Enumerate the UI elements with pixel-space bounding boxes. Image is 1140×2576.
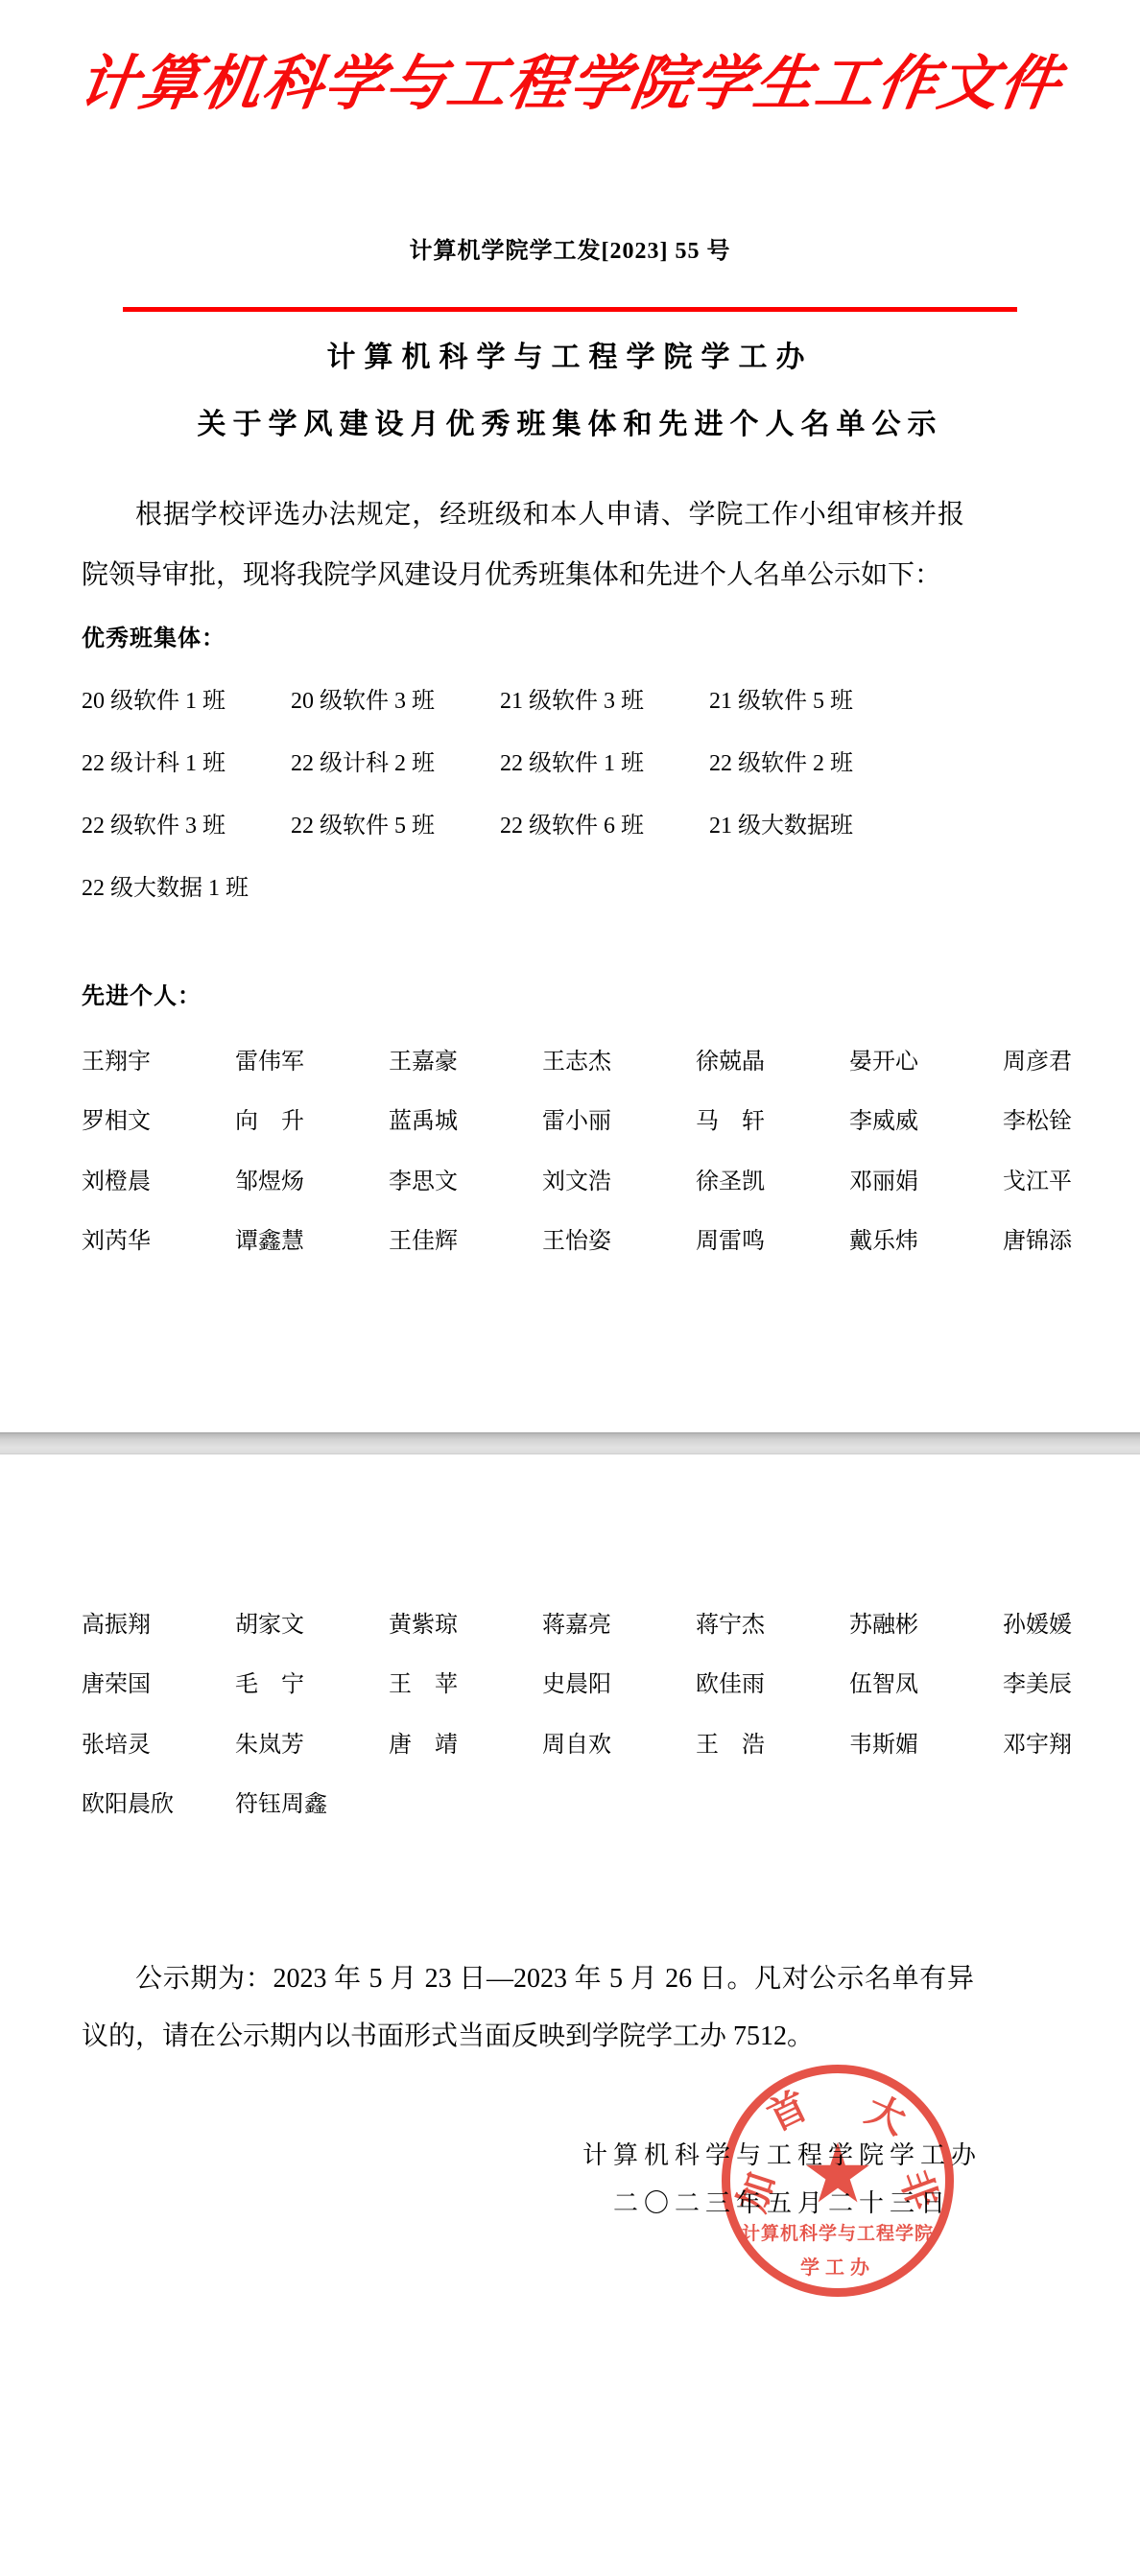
person-name: 朱岚芳 bbox=[235, 1725, 389, 1759]
person-name: 唐 靖 bbox=[389, 1725, 542, 1759]
person-name: 马 轩 bbox=[696, 1101, 849, 1135]
intro-paragraph: 根据学校评选办法规定，经班级和本人申请、学院工作小组审核并报院领导审批，现将我院… bbox=[82, 484, 964, 605]
person-name: 王怡姿 bbox=[542, 1221, 696, 1255]
person-name: 蒋宁杰 bbox=[696, 1605, 849, 1639]
person-name: 王翔宇 bbox=[82, 1042, 235, 1075]
individuals-grid-page2: 高振翔胡家文黄紫琼蒋嘉亮蒋宁杰苏融彬孙媛媛唐荣国毛 宁王 苹史晨阳欧佳雨伍智凤李… bbox=[82, 1592, 1140, 1832]
red-divider-line bbox=[123, 307, 1017, 312]
document-page-1: 计算机科学与工程学院学生工作文件 计算机学院学工发[2023] 55 号 计算机… bbox=[0, 0, 1140, 1432]
person-name: 胡家文 bbox=[235, 1605, 389, 1639]
person-name: 周雷鸣 bbox=[696, 1221, 849, 1255]
class-item: 22 级大数据 1 班 bbox=[82, 868, 291, 902]
person-name: 李美辰 bbox=[1003, 1665, 1140, 1698]
person-name: 史晨阳 bbox=[542, 1665, 696, 1698]
person-name: 蒋嘉亮 bbox=[542, 1605, 696, 1639]
person-name: 符钰周鑫 bbox=[235, 1784, 389, 1818]
person-name: 王志杰 bbox=[542, 1042, 696, 1075]
class-item: 22 级软件 1 班 bbox=[500, 744, 709, 777]
person-name: 欧阳晨欣 bbox=[82, 1784, 235, 1818]
person-name: 邓丽娟 bbox=[849, 1162, 1003, 1195]
office-heading: 计算机科学与工程学院学工办 bbox=[0, 342, 1140, 374]
person-name: 韦斯媚 bbox=[849, 1725, 1003, 1759]
class-item: 22 级计科 2 班 bbox=[291, 744, 500, 777]
document-viewport: 计算机科学与工程学院学生工作文件 计算机学院学工发[2023] 55 号 计算机… bbox=[0, 0, 1140, 2576]
person-name: 王佳辉 bbox=[389, 1221, 542, 1255]
person-name: 邹煜炀 bbox=[235, 1162, 389, 1195]
person-name: 苏融彬 bbox=[849, 1605, 1003, 1639]
notice-paragraph: 公示期为：2023 年 5 月 23 日—2023 年 5 月 26 日。凡对公… bbox=[82, 1950, 974, 2066]
person-name: 晏开心 bbox=[849, 1042, 1003, 1075]
individuals-section-label: 先进个人： bbox=[82, 982, 202, 1011]
person-name: 伍智凤 bbox=[849, 1665, 1003, 1698]
star-icon: ★ bbox=[730, 2133, 945, 2215]
classes-section-label: 优秀班集体： bbox=[82, 625, 226, 653]
person-name: 向 升 bbox=[235, 1101, 389, 1135]
person-name: 唐荣国 bbox=[82, 1665, 235, 1698]
class-item: 22 级软件 5 班 bbox=[291, 806, 500, 839]
class-item: 21 级软件 5 班 bbox=[709, 681, 918, 715]
official-stamp: 首 大 加 非 ★ 计算机科学与工程学院 学工办 bbox=[722, 2065, 954, 2297]
red-header-banner: 计算机科学与工程学院学生工作文件 bbox=[0, 17, 1140, 152]
person-name: 王嘉豪 bbox=[389, 1042, 542, 1075]
class-item: 21 级软件 3 班 bbox=[500, 681, 709, 715]
stamp-org-unit: 学工办 bbox=[730, 2252, 945, 2280]
person-name: 戴乐炜 bbox=[849, 1221, 1003, 1255]
person-name: 徐圣凯 bbox=[696, 1162, 849, 1195]
page-break-separator bbox=[0, 1432, 1140, 1454]
class-item: 22 级软件 2 班 bbox=[709, 744, 918, 777]
person-name: 李威威 bbox=[849, 1101, 1003, 1135]
person-name: 王 浩 bbox=[696, 1725, 849, 1759]
person-name: 戈江平 bbox=[1003, 1162, 1140, 1195]
person-name: 徐兢晶 bbox=[696, 1042, 849, 1075]
person-name: 刘文浩 bbox=[542, 1162, 696, 1195]
person-name: 唐锦添 bbox=[1003, 1221, 1140, 1255]
person-name: 毛 宁 bbox=[235, 1665, 389, 1698]
document-number: 计算机学院学工发[2023] 55 号 bbox=[0, 231, 1140, 265]
person-name: 周自欢 bbox=[542, 1725, 696, 1759]
person-name: 张培灵 bbox=[82, 1725, 235, 1759]
subject-heading: 关于学风建设月优秀班集体和先进个人名单公示 bbox=[0, 409, 1140, 441]
excellent-classes-grid: 20 级软件 1 班20 级软件 3 班21 级软件 3 班21 级软件 5 班… bbox=[82, 667, 918, 916]
person-name: 罗相文 bbox=[82, 1101, 235, 1135]
person-name: 李思文 bbox=[389, 1162, 542, 1195]
stamp-org-name: 计算机科学与工程学院 bbox=[730, 2219, 945, 2245]
person-name: 黄紫琼 bbox=[389, 1605, 542, 1639]
class-item: 22 级软件 3 班 bbox=[82, 806, 291, 839]
person-name: 李松铨 bbox=[1003, 1101, 1140, 1135]
person-name: 周彦君 bbox=[1003, 1042, 1140, 1075]
person-name: 雷小丽 bbox=[542, 1101, 696, 1135]
person-name: 蓝禹城 bbox=[389, 1101, 542, 1135]
individuals-grid-page1: 王翔宇雷伟军王嘉豪王志杰徐兢晶晏开心周彦君罗相文向 升蓝禹城雷小丽马 轩李威威李… bbox=[82, 1028, 1140, 1268]
person-name: 欧佳雨 bbox=[696, 1665, 849, 1698]
document-page-2: 高振翔胡家文黄紫琼蒋嘉亮蒋宁杰苏融彬孙媛媛唐荣国毛 宁王 苹史晨阳欧佳雨伍智凤李… bbox=[0, 1454, 1140, 2576]
person-name: 王 苹 bbox=[389, 1665, 542, 1698]
person-name: 高振翔 bbox=[82, 1605, 235, 1639]
person-name: 刘芮华 bbox=[82, 1221, 235, 1255]
class-item: 22 级计科 1 班 bbox=[82, 744, 291, 777]
person-name: 谭鑫慧 bbox=[235, 1221, 389, 1255]
class-item: 20 级软件 1 班 bbox=[82, 681, 291, 715]
person-name: 孙媛媛 bbox=[1003, 1605, 1140, 1639]
class-item: 20 级软件 3 班 bbox=[291, 681, 500, 715]
class-item: 22 级软件 6 班 bbox=[500, 806, 709, 839]
class-item: 21 级大数据班 bbox=[709, 806, 918, 839]
person-name: 雷伟军 bbox=[235, 1042, 389, 1075]
person-name: 刘橙晨 bbox=[82, 1162, 235, 1195]
person-name: 邓宇翔 bbox=[1003, 1725, 1140, 1759]
